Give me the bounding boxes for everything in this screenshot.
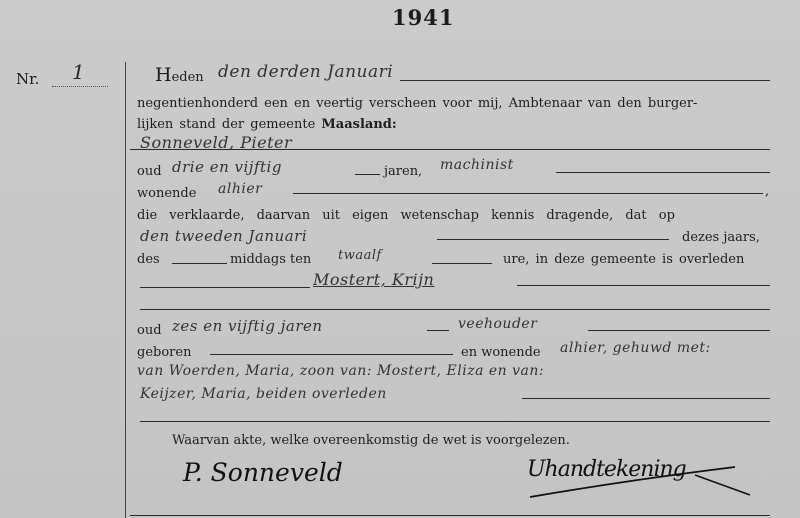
geboren-label: geboren <box>137 345 191 360</box>
rule-residence <box>293 193 763 194</box>
rule-des <box>172 263 227 264</box>
ure-overleden-label: ure, in deze gemeente is overleden <box>503 252 744 267</box>
rule-time <box>432 263 492 264</box>
rule-bottom <box>130 515 770 516</box>
record-number-label: Nr. <box>16 70 39 88</box>
heden-rest: eden <box>172 70 204 85</box>
residence-comma: , <box>765 184 769 199</box>
record-number-dotted-line <box>52 86 108 87</box>
rule-death-date <box>437 239 669 240</box>
handwritten-death-date: den tweeden Januari <box>140 227 307 245</box>
rule-deceased-right <box>517 285 770 286</box>
handwritten-spouse-parents-line: van Woerden, Maria, zoon van: Mostert, E… <box>137 363 544 379</box>
signature-official-flourish <box>520 455 760 505</box>
handwritten-declarant-age: drie en vijftig <box>172 158 282 176</box>
rule-parents <box>522 398 770 399</box>
printed-line-gemeente: lijken stand der gemeente Maasland: <box>137 117 397 132</box>
rule-date <box>400 80 770 81</box>
en-wonende-label: en wonende <box>461 345 541 360</box>
record-number: 1 <box>72 60 85 84</box>
margin-rule <box>125 62 126 518</box>
gemeente-text: lijken stand der gemeente <box>137 117 315 132</box>
municipality-name: Maasland: <box>321 117 396 132</box>
rule-occupation <box>556 172 770 173</box>
rule-declarant-name <box>130 149 770 150</box>
rule-birthplace <box>210 354 453 355</box>
closing-statement: Waarvan akte, welke overeenkomstig de we… <box>172 433 570 448</box>
dezes-jaars-label: dezes jaars, <box>682 230 760 245</box>
rule-age2-short <box>427 330 449 331</box>
handwritten-deceased-name: Mostert, Krijn <box>313 270 434 289</box>
rule-blank <box>140 309 770 310</box>
handwritten-deceased-occupation: veehouder <box>458 316 537 332</box>
middags-ten-label: middags ten <box>230 252 311 267</box>
rule-age-short <box>355 174 380 175</box>
record-year: 1941 <box>392 5 454 30</box>
handwritten-death-time: twaalf <box>338 248 382 263</box>
wonende-label-1: wonende <box>137 186 196 201</box>
civil-death-record-page: 1941 Nr. 1 Heden den derden Januari nege… <box>0 0 800 518</box>
handwritten-declarant-residence: alhier <box>218 181 262 197</box>
heden-initial: H <box>155 64 172 86</box>
jaren-label: jaren, <box>384 164 422 179</box>
signature-declarant: P. Sonneveld <box>183 458 343 487</box>
handwritten-date: den derden Januari <box>218 62 393 82</box>
rule-deceased-left <box>140 287 310 288</box>
heden-label: Heden <box>155 64 204 86</box>
rule-deceased-occupation <box>588 330 770 331</box>
handwritten-declarant-occupation: machinist <box>440 157 514 173</box>
printed-line-verscheen: negentienhonderd een en veertig verschee… <box>137 96 697 111</box>
handwritten-deceased-residence: alhier, gehuwd met: <box>560 340 711 356</box>
printed-line-verklaarde: die verklaarde, daarvan uit eigen wetens… <box>137 208 675 223</box>
handwritten-parents-line: Keijzer, Maria, beiden overleden <box>140 386 387 402</box>
des-label: des <box>137 252 160 267</box>
oud-label-2: oud <box>137 323 162 338</box>
oud-label-1: oud <box>137 164 162 179</box>
handwritten-deceased-age: zes en vijftig jaren <box>172 317 323 335</box>
rule-before-closing <box>140 421 770 422</box>
